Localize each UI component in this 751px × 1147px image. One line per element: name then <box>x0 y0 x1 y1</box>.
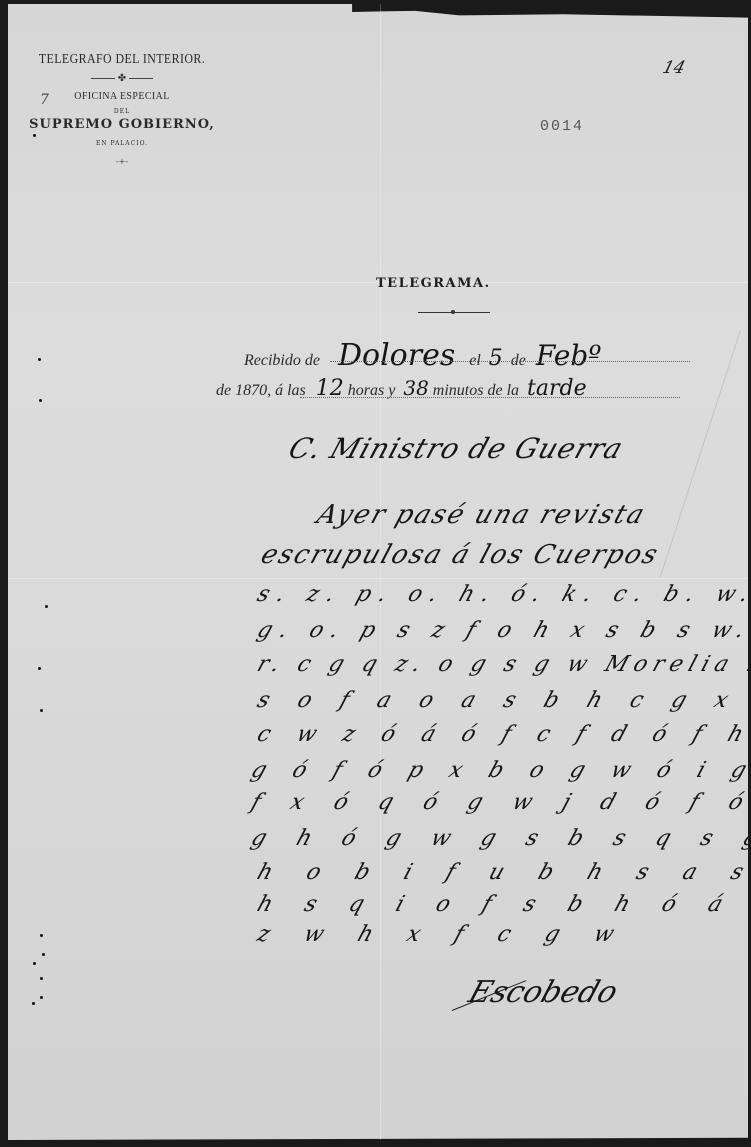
margin-dot <box>32 1002 35 1005</box>
margin-dot <box>40 996 43 999</box>
cipher-line: c w z ó á ó f c f d ó f h s <box>254 722 751 747</box>
day-value: 5 <box>489 346 503 371</box>
letterhead-title: TELEGRAFO DEL INTERIOR. <box>29 52 216 68</box>
received-line-1: Recibido de Dolores el 5 de Febº <box>244 338 601 373</box>
heading-ornament <box>418 312 490 313</box>
label-received-from: Recibido de <box>244 352 320 369</box>
letterhead-ornament: ✤ <box>12 73 232 84</box>
cipher-line: f x ó q ó g w j d ó f ó s <box>248 790 751 815</box>
letterhead-del: DEL <box>12 108 232 115</box>
letterhead-bottom-ornament: -+- <box>12 157 232 166</box>
year-value: 1870, <box>235 382 271 399</box>
body-opening-line-1: Ayer pasé una revista <box>313 500 650 530</box>
signature: Escobedo <box>464 975 622 1010</box>
fold-line <box>8 578 748 579</box>
dotted-fill-line <box>330 360 690 362</box>
margin-dot <box>39 399 42 402</box>
addressee: C. Ministro de Guerra <box>285 432 628 465</box>
cipher-line: s o f a o a s b h c g x s b r <box>254 688 751 713</box>
margin-dot <box>40 934 43 937</box>
archive-stamp: 0014 <box>540 118 584 135</box>
letterhead: TELEGRAFO DEL INTERIOR. ✤ OFICINA ESPECI… <box>12 50 232 166</box>
cipher-line: s. z. p. o. h. ó. k. c. b. w. z. s. <box>254 582 751 607</box>
label-year-prefix: de <box>216 382 231 399</box>
cipher-line: g ó f ó p x b o g w ó i g p. <box>248 758 751 783</box>
month-value: Febº <box>536 339 602 372</box>
dotted-fill-line <box>300 396 680 398</box>
cipher-line: z w h x f c g w <box>254 922 631 947</box>
margin-mark: 7 <box>40 92 49 108</box>
telegram-paper <box>8 4 748 1140</box>
margin-dot <box>45 605 48 608</box>
cipher-line: h o b i f u b h s a s b <box>254 860 751 885</box>
cipher-line: r. c g q z. o g s g w Morelia r <box>254 652 751 677</box>
letterhead-government: SUPREMO GOBIERNO, <box>12 117 232 132</box>
letterhead-office: OFICINA ESPECIAL <box>23 90 221 102</box>
margin-dot <box>33 962 36 965</box>
origin-value: Dolores <box>338 338 455 373</box>
margin-dot <box>42 953 45 956</box>
margin-dot <box>40 709 43 712</box>
margin-dot <box>38 667 41 670</box>
margin-dot <box>33 134 36 137</box>
cipher-line: g. o. p s z f o h x s b s w. <box>254 618 751 643</box>
letterhead-location: EN PALACIO. <box>12 140 232 147</box>
margin-dot <box>38 358 41 361</box>
cipher-line: g h ó g w g s b s q s g x <box>248 826 751 851</box>
cipher-line: h s q i o f s b h ó á x <box>254 892 751 917</box>
body-opening-line-2: escrupulosa á los Cuerpos <box>257 540 663 570</box>
margin-dot <box>40 977 43 980</box>
fold-line <box>380 4 381 1140</box>
telegram-heading: TELEGRAMA. <box>376 276 491 291</box>
